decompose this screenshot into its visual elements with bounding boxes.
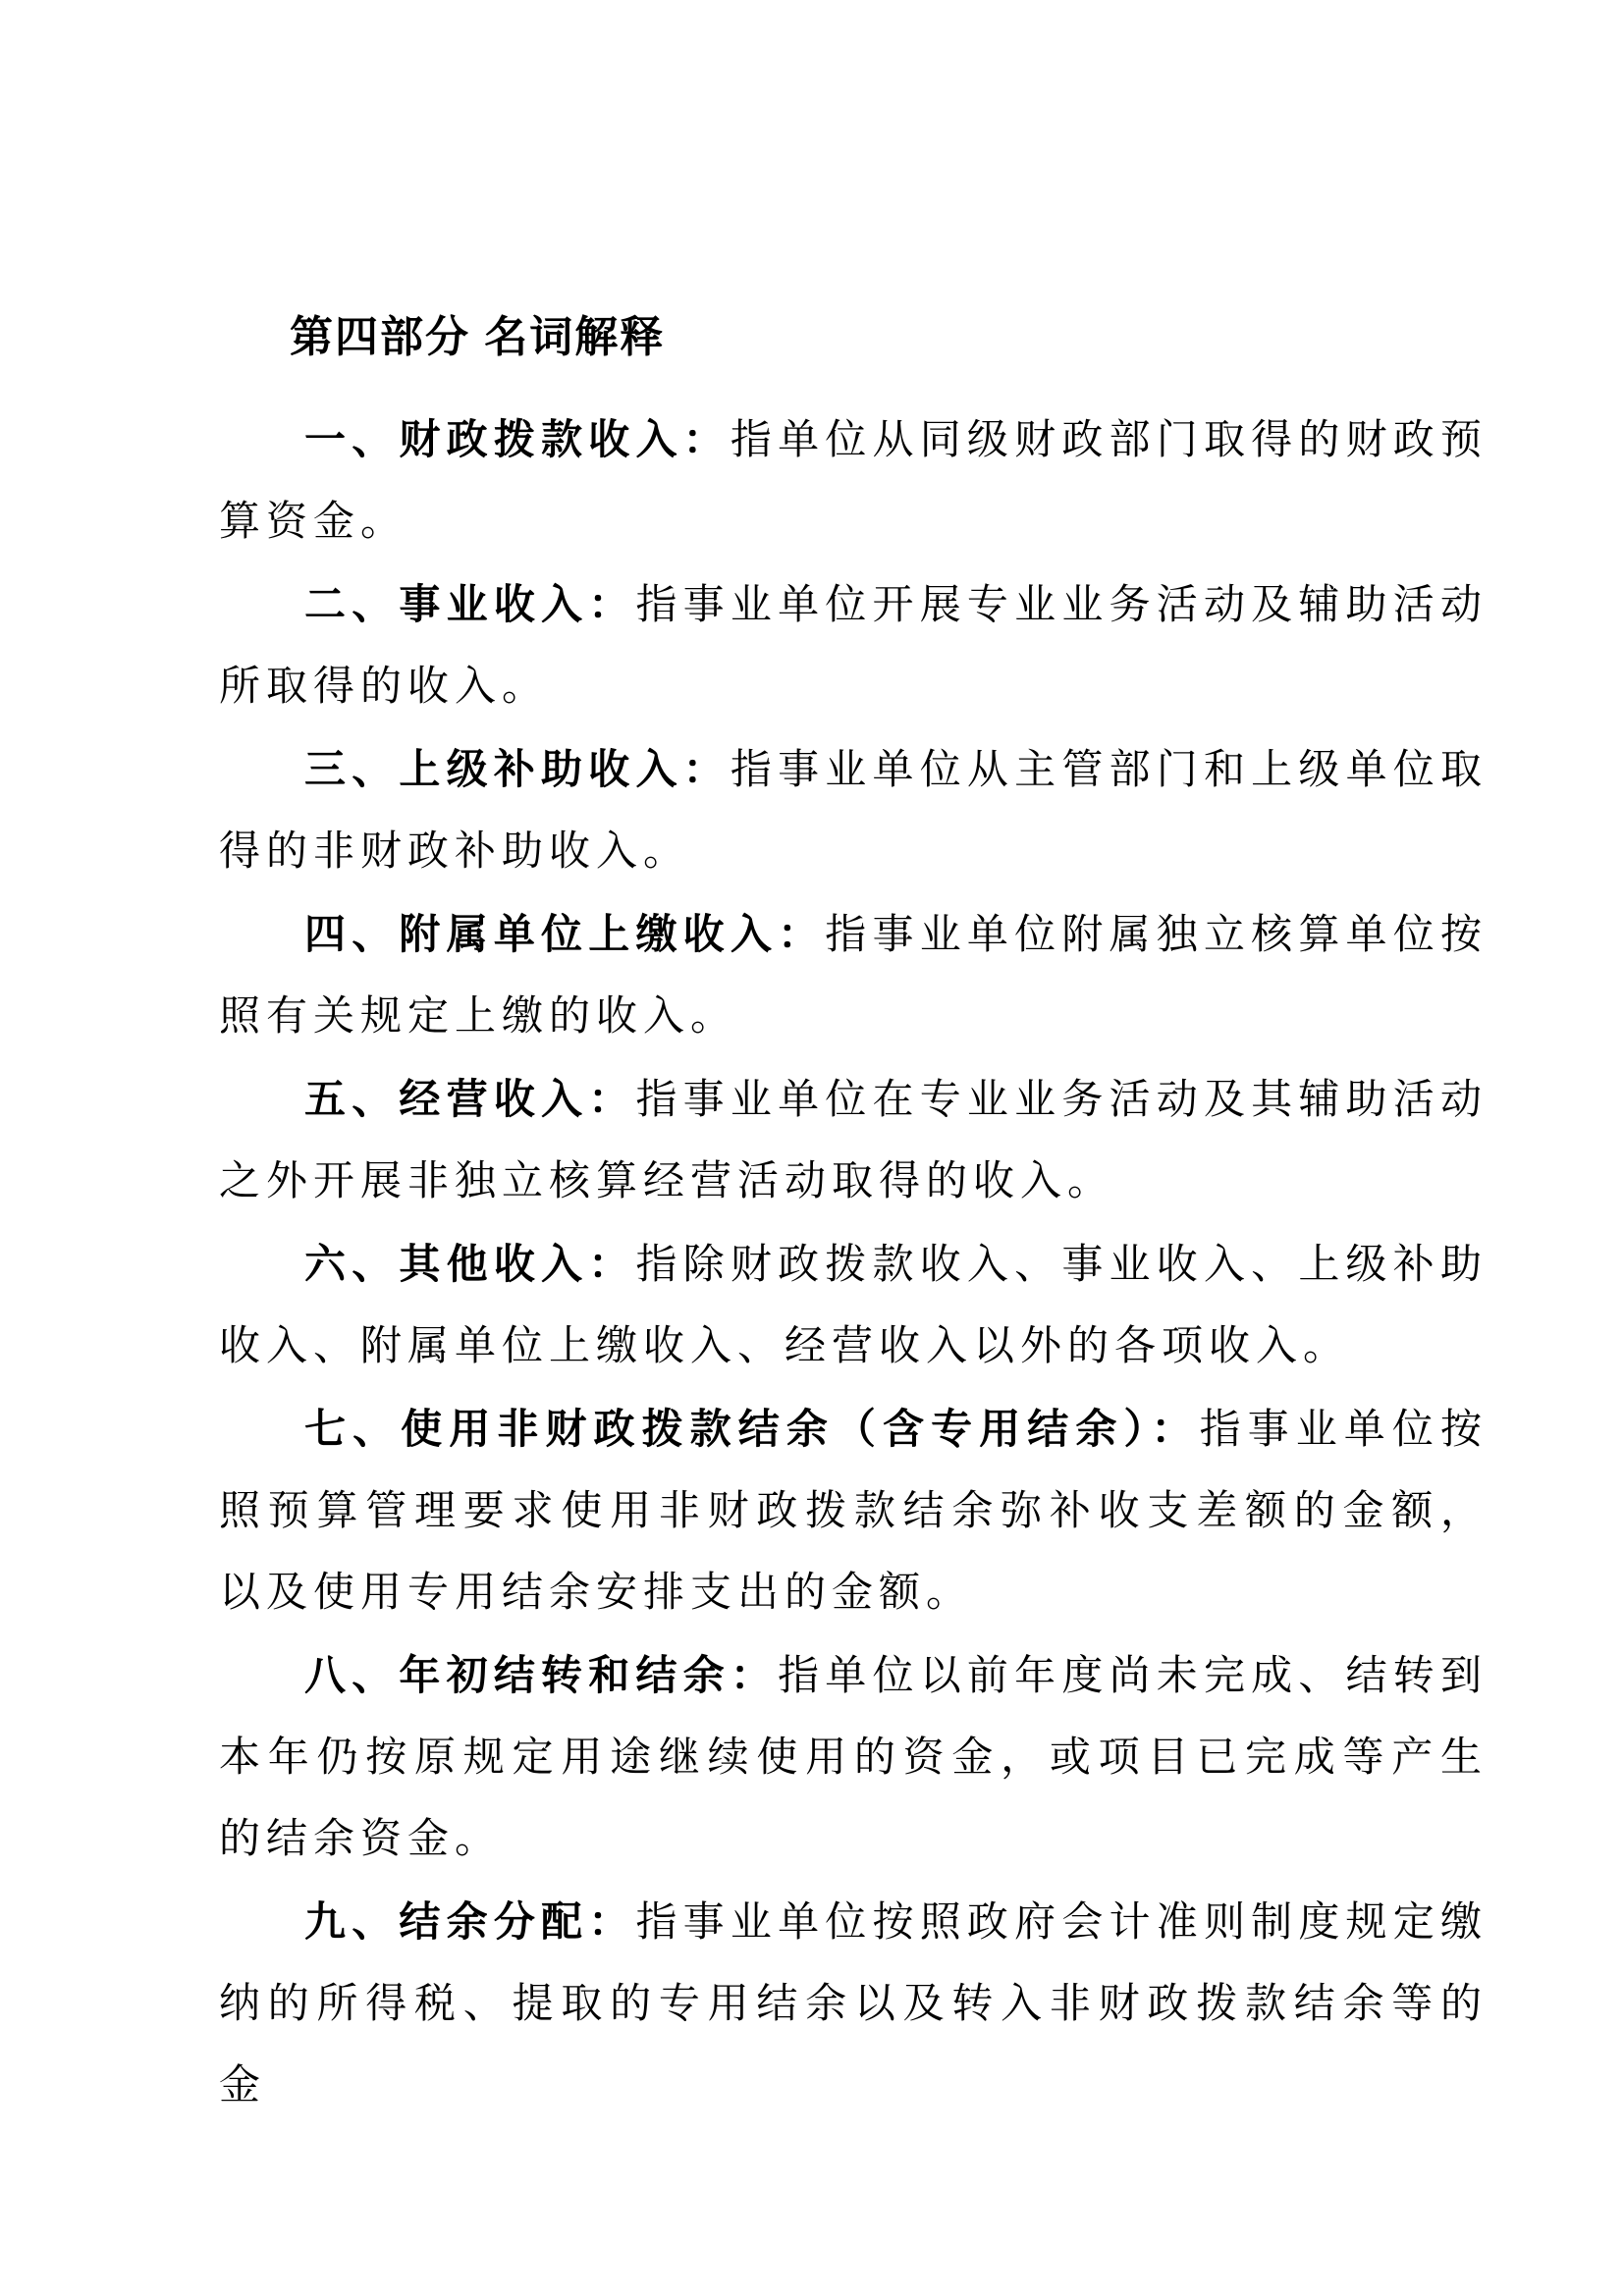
term-label: 六、其他收入：: [304, 1241, 635, 1287]
section-title: 第四部分 名词解释: [219, 296, 1488, 378]
glossary-paragraph: 五、经营收入：指事业单位在专业业务活动及其辅助活动之外开展非独立核算经营活动取得…: [219, 1058, 1488, 1223]
glossary-paragraph: 三、上级补助收入：指事业单位从主管部门和上级单位取得的非财政补助收入。: [219, 728, 1488, 893]
document-page: 第四部分 名词解释 一、财政拨款收入：指单位从同级财政部门取得的财政预算资金。 …: [0, 0, 1624, 2296]
term-label: 五、经营收入：: [304, 1076, 635, 1122]
term-label: 三、上级补助收入：: [304, 746, 731, 792]
term-label: 七、使用非财政拨款结余（含专用结余）：: [304, 1406, 1200, 1452]
term-label: 一、财政拨款收入：: [304, 416, 731, 462]
glossary-paragraph: 六、其他收入：指除财政拨款收入、事业收入、上级补助收入、附属单位上缴收入、经营收…: [219, 1223, 1488, 1388]
glossary-paragraph: 二、事业收入：指事业单位开展专业业务活动及辅助活动所取得的收入。: [219, 563, 1488, 728]
glossary-paragraph: 四、附属单位上缴收入：指事业单位附属独立核算单位按照有关规定上缴的收入。: [219, 893, 1488, 1058]
glossary-paragraph: 一、财政拨款收入：指单位从同级财政部门取得的财政预算资金。: [219, 399, 1488, 563]
document-content: 第四部分 名词解释 一、财政拨款收入：指单位从同级财政部门取得的财政预算资金。 …: [219, 296, 1488, 2127]
glossary-paragraph: 七、使用非财政拨款结余（含专用结余）：指事业单位按照预算管理要求使用非财政拨款结…: [219, 1388, 1488, 1634]
term-label: 二、事业收入：: [304, 581, 635, 627]
glossary-paragraph: 九、结余分配：指事业单位按照政府会计准则制度规定缴纳的所得税、提取的专用结余以及…: [219, 1881, 1488, 2127]
glossary-paragraph: 八、年初结转和结余：指单位以前年度尚未完成、结转到本年仍按原规定用途继续使用的资…: [219, 1634, 1488, 1881]
term-label: 八、年初结转和结余：: [304, 1652, 778, 1698]
term-label: 四、附属单位上缴收入：: [304, 911, 825, 957]
term-label: 九、结余分配：: [304, 1898, 635, 1945]
